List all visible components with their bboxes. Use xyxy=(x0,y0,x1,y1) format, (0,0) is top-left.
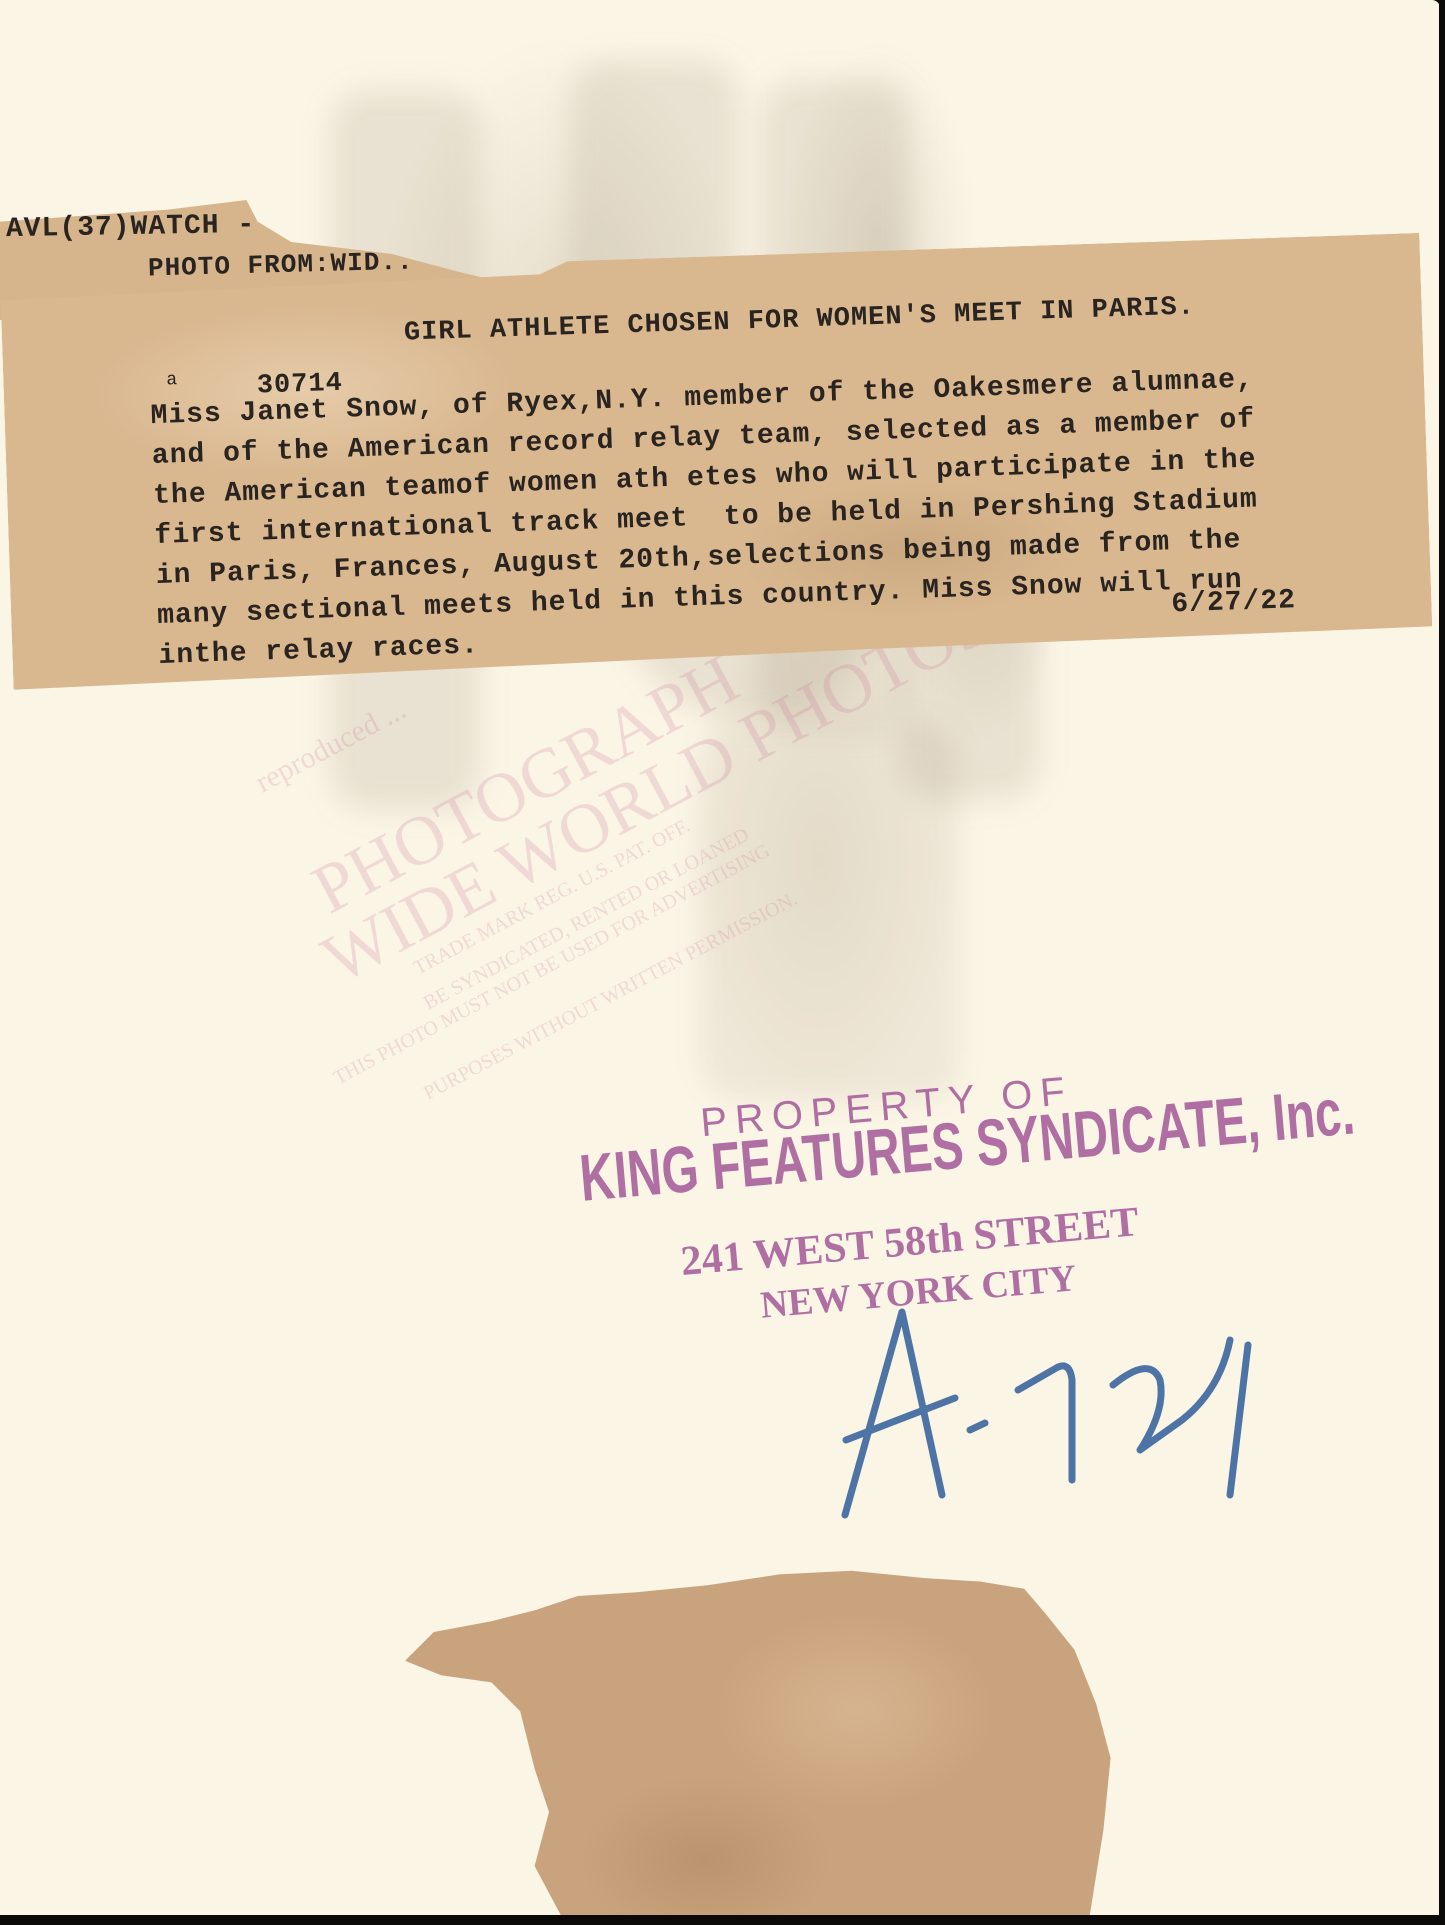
headline: GIRL ATHLETE CHOSEN FOR WOMEN'S MEET IN … xyxy=(404,292,1196,348)
handwriting-strokes xyxy=(830,1300,1260,1520)
caption-date: 6/27/22 xyxy=(1171,581,1297,625)
scan-border-bottom xyxy=(0,1915,1445,1925)
stamp-faint-line: reproduced ... xyxy=(250,693,412,800)
slug-line: AVL(37)WATCH - xyxy=(6,210,256,245)
photo-number-subscript: a xyxy=(166,370,178,390)
photo-back-paper: reproduced ... PHOTOGRAPH WIDE WORLD PHO… xyxy=(0,0,1440,1915)
caption-clipping: 30714 a GIRL ATHLETE CHOSEN FOR WOMEN'S … xyxy=(0,233,1433,690)
scan-border-right xyxy=(1439,0,1445,1925)
handwritten-catalog-number: A-729 xyxy=(830,1300,1260,1520)
